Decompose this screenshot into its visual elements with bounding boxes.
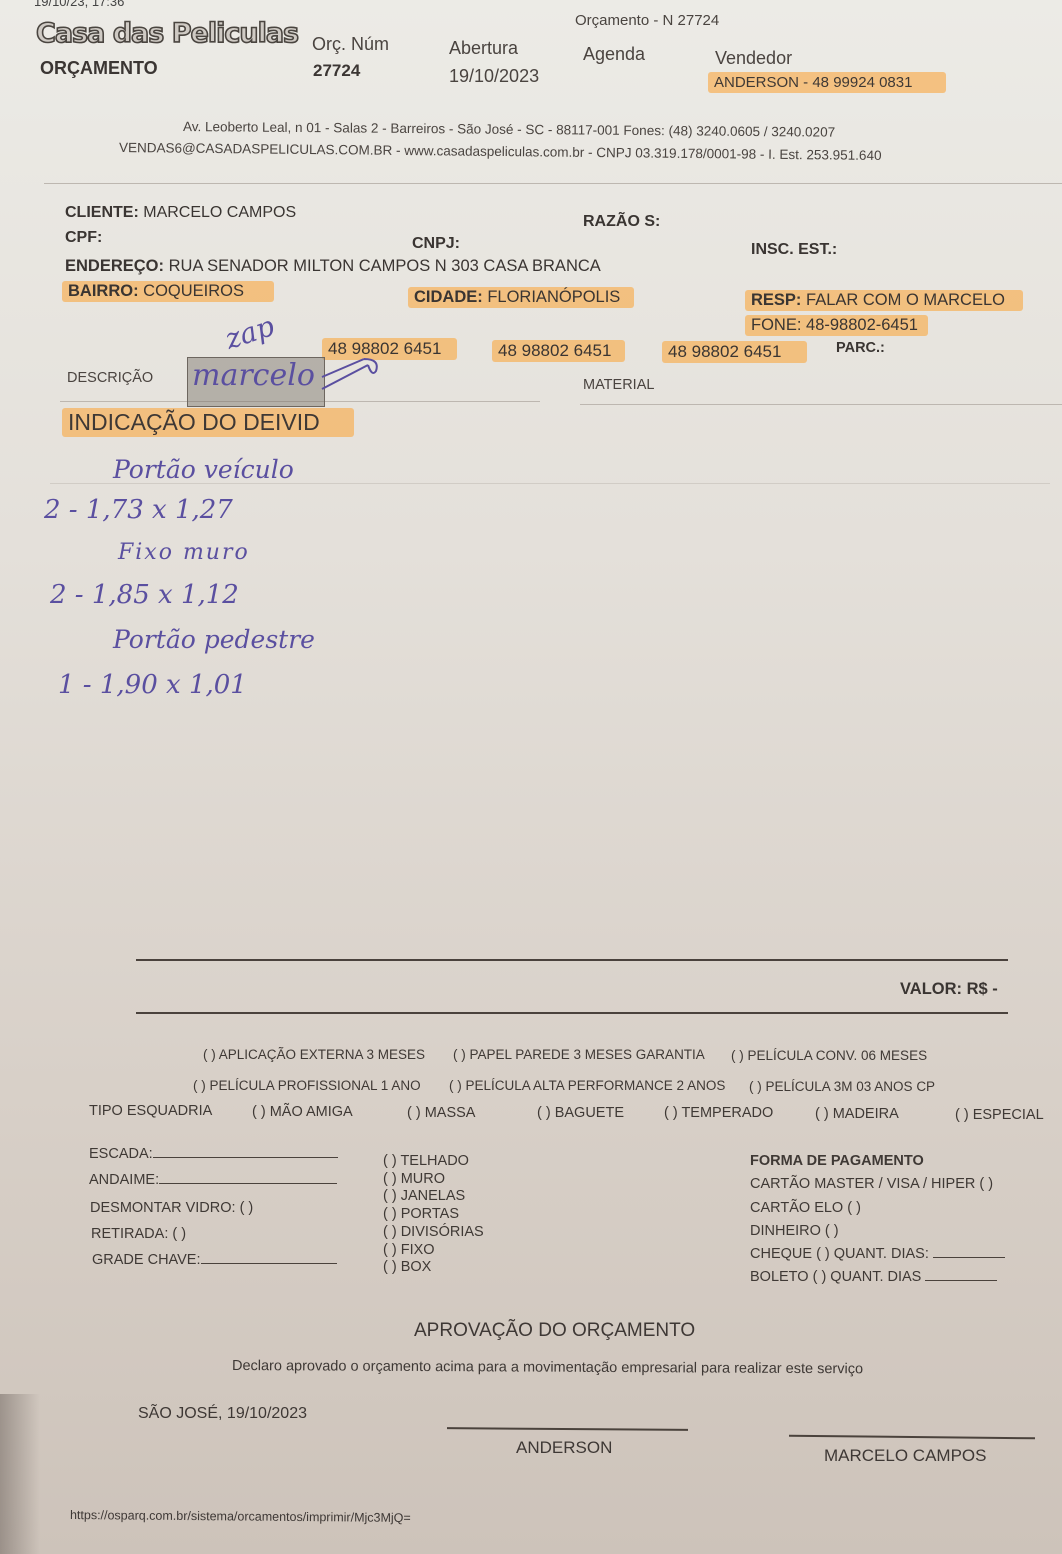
escada-blank[interactable] bbox=[153, 1157, 338, 1158]
approval-title: APROVAÇÃO DO ORÇAMENTO bbox=[414, 1320, 695, 1342]
valor-total: VALOR: R$ - bbox=[900, 980, 998, 999]
location-option[interactable]: ( ) TELHADO bbox=[383, 1153, 484, 1171]
item-1-title: Portão veículo bbox=[113, 455, 294, 484]
handwritten-zap: zap bbox=[221, 309, 278, 356]
indicacao-text: INDICAÇÃO DO DEIVID bbox=[62, 408, 354, 437]
seller-signature-line[interactable] bbox=[447, 1427, 688, 1430]
vendedor-value: ANDERSON - 48 99924 0831 bbox=[708, 72, 946, 93]
grade-chave-field[interactable]: GRADE CHAVE: bbox=[92, 1252, 337, 1268]
location-option[interactable]: ( ) PORTAS bbox=[383, 1206, 484, 1224]
grade-chave-label: GRADE CHAVE: bbox=[92, 1252, 201, 1268]
location-option[interactable]: ( ) BOX bbox=[383, 1259, 484, 1277]
item-3-title: Portão pedestre bbox=[113, 625, 315, 654]
esquadria-option[interactable]: ( ) MASSA bbox=[407, 1105, 475, 1121]
desmontar-vidro-option[interactable]: DESMONTAR VIDRO: ( ) bbox=[90, 1200, 253, 1216]
esquadria-option[interactable]: ( ) TEMPERADO bbox=[664, 1105, 773, 1121]
esquadria-option[interactable]: ( ) MADEIRA bbox=[815, 1106, 899, 1122]
fone-field: FONE: 48-98802-6451 bbox=[745, 315, 928, 336]
orc-num-value: 27724 bbox=[313, 61, 360, 81]
header-divider bbox=[44, 183, 1062, 184]
warranty-option[interactable]: ( ) APLICAÇÃO EXTERNA 3 MESES bbox=[203, 1047, 425, 1062]
razao-label: RAZÃO S: bbox=[583, 213, 660, 231]
escada-field[interactable]: ESCADA: bbox=[89, 1146, 338, 1162]
esquadria-option[interactable]: ( ) BAGUETE bbox=[537, 1105, 624, 1121]
esquadria-option[interactable]: ( ) MÃO AMIGA bbox=[252, 1104, 353, 1120]
location-option[interactable]: ( ) DIVISÓRIAS bbox=[383, 1224, 484, 1242]
item-3-measure: 1 - 1,90 x 1,01 bbox=[58, 670, 247, 700]
valor-bottom-rule bbox=[136, 1012, 1008, 1014]
payment-option[interactable]: CARTÃO MASTER / VISA / HIPER ( ) bbox=[750, 1173, 1005, 1196]
andaime-label: ANDAIME: bbox=[89, 1172, 159, 1188]
warranty-option[interactable]: ( ) PELÍCULA CONV. 06 MESES bbox=[731, 1048, 927, 1063]
phone-3: 48 98802 6451 bbox=[662, 341, 807, 363]
parc-label: PARC.: bbox=[836, 340, 885, 356]
company-logo: Casa das Peliculas bbox=[36, 18, 298, 49]
valor-top-rule bbox=[136, 959, 1008, 961]
warranty-option[interactable]: ( ) PELÍCULA ALTA PERFORMANCE 2 ANOS bbox=[449, 1078, 725, 1093]
handwritten-name: marcelo bbox=[192, 358, 315, 393]
location-option[interactable]: ( ) JANELAS bbox=[383, 1188, 484, 1206]
place-date: SÃO JOSÉ, 19/10/2023 bbox=[138, 1405, 307, 1423]
item-1-measure: 2 - 1,73 x 1,27 bbox=[44, 495, 233, 525]
endereco-label: ENDEREÇO: bbox=[65, 257, 164, 275]
abertura-value: 19/10/2023 bbox=[449, 66, 539, 87]
descricao-label: DESCRIÇÃO bbox=[67, 370, 153, 386]
orc-num-label: Orç. Núm bbox=[312, 34, 389, 55]
fone-label: FONE: bbox=[751, 316, 801, 334]
seller-name: ANDERSON bbox=[516, 1438, 612, 1458]
andaime-field[interactable]: ANDAIME: bbox=[89, 1172, 337, 1188]
agenda-label: Agenda bbox=[583, 44, 645, 65]
escada-label: ESCADA: bbox=[89, 1146, 153, 1162]
bairro-value: COQUEIROS bbox=[143, 282, 244, 300]
material-rule bbox=[580, 404, 1062, 405]
cnpj-label: CNPJ: bbox=[412, 235, 460, 253]
payment-option[interactable]: CARTÃO ELO ( ) bbox=[750, 1197, 1005, 1220]
cliente-value: MARCELO CAMPOS bbox=[143, 204, 296, 221]
bairro-field: BAIRRO: COQUEIROS bbox=[62, 281, 274, 302]
item-2-measure: 2 - 1,85 x 1,12 bbox=[50, 580, 239, 610]
print-timestamp: 19/10/23, 17:36 bbox=[34, 0, 124, 9]
esquadria-option[interactable]: ( ) ESPECIAL bbox=[955, 1107, 1044, 1123]
client-signature-line[interactable] bbox=[789, 1435, 1035, 1439]
locations-list: ( ) TELHADO ( ) MURO ( ) JANELAS ( ) POR… bbox=[383, 1153, 484, 1277]
warranty-option[interactable]: ( ) PAPEL PAREDE 3 MESES GARANTIA bbox=[453, 1047, 705, 1062]
esquadria-label: TIPO ESQUADRIA bbox=[89, 1103, 212, 1119]
payment-title: FORMA DE PAGAMENTO bbox=[750, 1150, 1005, 1173]
item-2-title: Fixo muro bbox=[118, 540, 250, 565]
payment-block: FORMA DE PAGAMENTO CARTÃO MASTER / VISA … bbox=[750, 1150, 1005, 1290]
paper-edge-shadow bbox=[0, 1394, 40, 1554]
abertura-label: Abertura bbox=[449, 38, 518, 59]
material-label: MATERIAL bbox=[583, 377, 654, 393]
footer-url[interactable]: https://osparq.com.br/sistema/orcamentos… bbox=[70, 1508, 411, 1525]
fone-value: 48-98802-6451 bbox=[806, 316, 918, 334]
cliente-label: CLIENTE: bbox=[65, 204, 139, 221]
handwritten-arrow-icon bbox=[318, 355, 382, 395]
resp-label: RESP: bbox=[751, 291, 801, 309]
phone-2: 48 98802 6451 bbox=[492, 340, 625, 362]
insc-est-label: INSC. EST.: bbox=[751, 241, 837, 259]
cliente-field: CLIENTE: MARCELO CAMPOS bbox=[65, 204, 296, 222]
warranty-option[interactable]: ( ) PELÍCULA 3M 03 ANOS CP bbox=[749, 1079, 935, 1094]
resp-field: RESP: FALAR COM O MARCELO bbox=[745, 290, 1023, 311]
approval-statement: Declaro aprovado o orçamento acima para … bbox=[232, 1358, 863, 1377]
grade-chave-blank[interactable] bbox=[201, 1263, 337, 1264]
location-option[interactable]: ( ) MURO bbox=[383, 1171, 484, 1189]
payment-option[interactable]: DINHEIRO ( ) bbox=[750, 1220, 1005, 1243]
retirada-option[interactable]: RETIRADA: ( ) bbox=[91, 1226, 186, 1242]
cidade-field: CIDADE: FLORIANÓPOLIS bbox=[408, 287, 634, 308]
cheque-dias-blank[interactable] bbox=[933, 1257, 1005, 1258]
vendedor-label: Vendedor bbox=[715, 48, 792, 69]
cidade-value: FLORIANÓPOLIS bbox=[487, 288, 620, 306]
payment-option[interactable]: CHEQUE ( ) QUANT. DIAS: bbox=[750, 1243, 1005, 1266]
boleto-dias-blank[interactable] bbox=[925, 1280, 997, 1281]
endereco-field: ENDEREÇO: RUA SENADOR MILTON CAMPOS N 30… bbox=[65, 257, 601, 276]
company-contact: VENDAS6@CASADASPELICULAS.COM.BR - www.ca… bbox=[119, 140, 882, 163]
doc-type: ORÇAMENTO bbox=[40, 58, 158, 79]
company-address: Av. Leoberto Leal, n 01 - Salas 2 - Barr… bbox=[183, 119, 835, 140]
location-option[interactable]: ( ) FIXO bbox=[383, 1242, 484, 1260]
cpf-label: CPF: bbox=[65, 229, 102, 247]
client-name: MARCELO CAMPOS bbox=[824, 1446, 986, 1466]
cidade-label: CIDADE: bbox=[414, 288, 483, 306]
bairro-label: BAIRRO: bbox=[68, 282, 139, 300]
resp-value: FALAR COM O MARCELO bbox=[806, 291, 1005, 309]
payment-option[interactable]: BOLETO ( ) QUANT. DIAS bbox=[750, 1266, 1005, 1289]
warranty-option[interactable]: ( ) PELÍCULA PROFISSIONAL 1 ANO bbox=[193, 1078, 421, 1093]
andaime-blank[interactable] bbox=[159, 1183, 337, 1184]
quote-ref: Orçamento - N 27724 bbox=[575, 12, 719, 29]
endereco-value: RUA SENADOR MILTON CAMPOS N 303 CASA BRA… bbox=[169, 257, 601, 275]
